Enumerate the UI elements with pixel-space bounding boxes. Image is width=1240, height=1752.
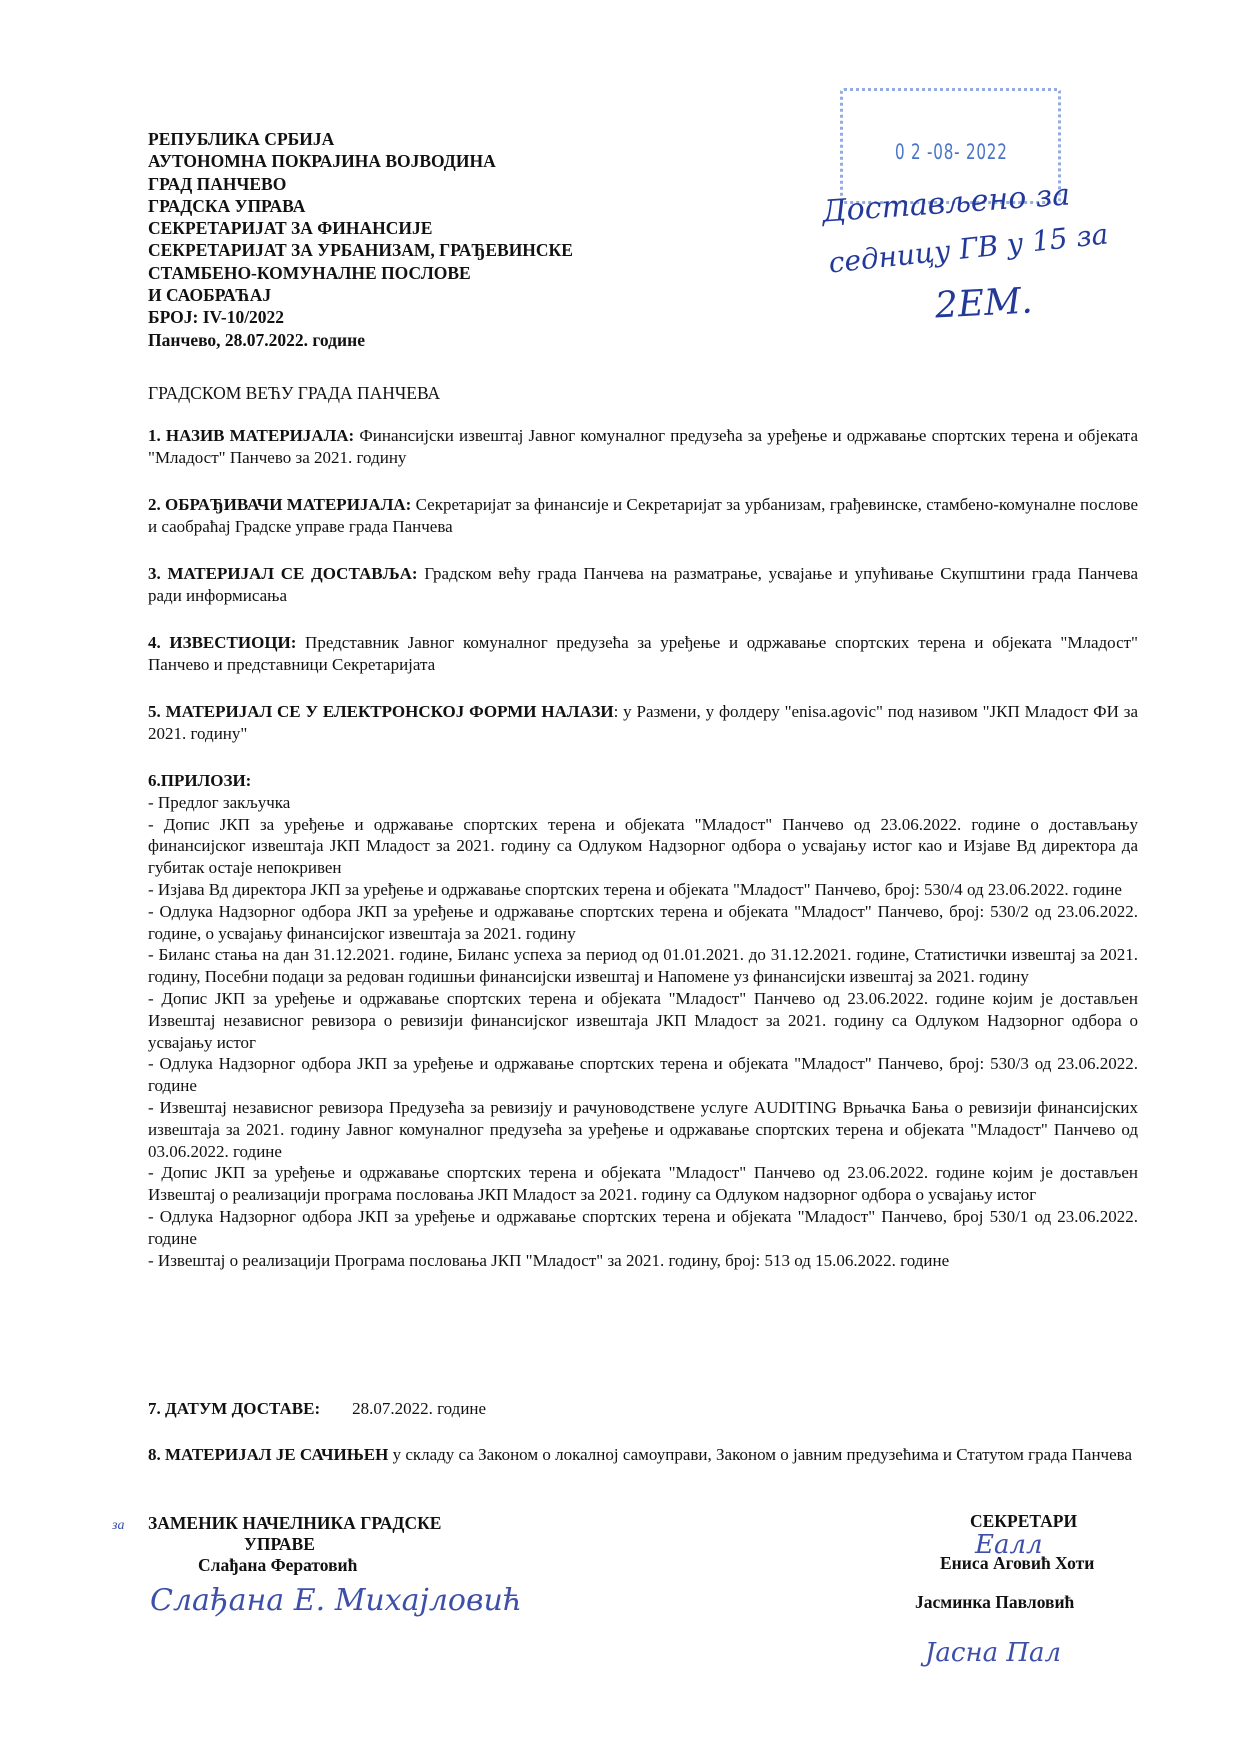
attachment-item: - Извештај о реализацији Програма послов… [148, 1250, 1138, 1272]
header-line-secretariat-urbanism: СЕКРЕТАРИЈАТ ЗА УРБАНИЗАМ, ГРАЂЕВИНСКЕ [148, 239, 573, 261]
stamp-date: 0 2 -08- 2022 [895, 140, 1008, 164]
header-line-secretariat-finance: СЕКРЕТАРИЈАТ ЗА ФИНАНСИЈЕ [148, 217, 573, 239]
handwritten-signature-pavlovic: Јасна Пал [925, 1638, 1061, 1668]
signature-block-deputy-head: за ЗАМЕНИК НАЧЕЛНИКА ГРАДСКЕ УПРАВЕ Слађ… [148, 1513, 441, 1576]
handwritten-signature-agovic: Еалл [975, 1530, 1043, 1560]
attachment-item: - Одлука Надзорног одбора ЈКП за уређење… [148, 1053, 1138, 1097]
attachment-item: - Одлука Надзорног одбора ЈКП за уређење… [148, 901, 1138, 945]
on-behalf-mark: за [112, 1515, 124, 1536]
attachment-item: - Изјава Вд директора ЈКП за уређење и о… [148, 879, 1138, 901]
signatories-title: СЕКРЕТАРИ [940, 1511, 1094, 1532]
signature-block-secretaries: СЕКРЕТАРИ Ениса Аговић Хоти Јасминка Пав… [940, 1511, 1094, 1613]
document-number: БРОЈ: IV-10/2022 [148, 306, 573, 328]
signatory-title: ЗАМЕНИК НАЧЕЛНИКА ГРАДСКЕ [148, 1513, 441, 1534]
attachment-item: - Биланс стања на дан 31.12.2021. године… [148, 944, 1138, 988]
section-label: 8. МАТЕРИЈАЛ ЈЕ САЧИЊЕН [148, 1445, 388, 1464]
delivery-date: 28.07.2022. године [352, 1399, 486, 1418]
attachment-item: - Извештај независног ревизора Предузећа… [148, 1097, 1138, 1162]
header-line-housing: СТАМБЕНО-КОМУНАЛНЕ ПОСЛОВЕ [148, 262, 573, 284]
header-line-administration: ГРАДСКА УПРАВА [148, 195, 573, 217]
header-line-province: АУТОНОМНА ПОКРАЈИНА ВОЈВОДИНА [148, 150, 573, 172]
document-place-date: Панчево, 28.07.2022. године [148, 329, 573, 351]
section-2-prepared-by: 2. ОБРАЂИВАЧИ МАТЕРИЈАЛА: Секретаријат з… [148, 494, 1138, 538]
handwritten-signature-left: Слађана Е. Михајловић [150, 1583, 522, 1618]
document-page: РЕПУБЛИКА СРБИЈА АУТОНОМНА ПОКРАЈИНА ВОЈ… [0, 0, 1240, 1752]
header-line-republic: РЕПУБЛИКА СРБИЈА [148, 128, 573, 150]
addressee: ГРАДСКОМ ВЕЋУ ГРАДА ПАНЧЕВА [148, 383, 440, 404]
section-label: 4. ИЗВЕСТИОЦИ: [148, 633, 296, 652]
attachment-item: - Предлог закључка [148, 792, 1138, 814]
section-7-delivery-date: 7. ДАТУМ ДОСТАВЕ:28.07.2022. године [148, 1398, 1138, 1420]
attachment-item: - Одлука Надзорног одбора ЈКП за уређење… [148, 1206, 1138, 1250]
document-header: РЕПУБЛИКА СРБИЈА АУТОНОМНА ПОКРАЈИНА ВОЈ… [148, 128, 573, 351]
section-1-material-name: 1. НАЗИВ МАТЕРИЈАЛА: Финансијски извешта… [148, 425, 1138, 469]
signatory-title-cont: УПРАВЕ [148, 1534, 441, 1555]
section-label: 2. ОБРАЂИВАЧИ МАТЕРИЈАЛА: [148, 495, 411, 514]
section-text: Представник Јавног комуналног предузећа … [148, 633, 1138, 674]
section-label: 5. МАТЕРИЈАЛ СЕ У ЕЛЕКТРОНСКОЈ ФОРМИ НАЛ… [148, 702, 614, 721]
section-6-attachments: 6.ПРИЛОЗИ: - Предлог закључка - Допис ЈК… [148, 770, 1138, 1271]
attachment-item: - Допис ЈКП за уређење и одржавање спорт… [148, 988, 1138, 1053]
section-4-reporters: 4. ИЗВЕСТИОЦИ: Представник Јавног комуна… [148, 632, 1138, 676]
attachment-item: - Допис ЈКП за уређење и одржавање спорт… [148, 1162, 1138, 1206]
section-label: 3. МАТЕРИЈАЛ СЕ ДОСТАВЉА: [148, 564, 418, 583]
section-label: 7. ДАТУМ ДОСТАВЕ: [148, 1399, 320, 1418]
handwritten-note-line-3: 2ЕМ. [934, 280, 1034, 326]
section-text: у складу са Законом о локалној самоуправ… [388, 1445, 1132, 1464]
handwritten-note-line-2: седницу ГВ у 15 за [827, 217, 1110, 279]
section-label: 6.ПРИЛОЗИ: [148, 771, 251, 790]
section-label: 1. НАЗИВ МАТЕРИЈАЛА: [148, 426, 354, 445]
header-line-traffic: И САОБРАЋАЈ [148, 284, 573, 306]
signatory-name-2: Јасминка Павловић [915, 1592, 1094, 1613]
attachment-item: - Допис ЈКП за уређење и одржавање спорт… [148, 814, 1138, 879]
signatory-name: Слађана Фератовић [148, 1555, 441, 1576]
section-5-electronic-location: 5. МАТЕРИЈАЛ СЕ У ЕЛЕКТРОНСКОЈ ФОРМИ НАЛ… [148, 701, 1138, 745]
section-3-delivered-to: 3. МАТЕРИЈАЛ СЕ ДОСТАВЉА: Градском већу … [148, 563, 1138, 607]
header-line-city: ГРАД ПАНЧЕВО [148, 173, 573, 195]
section-8-legal-basis: 8. МАТЕРИЈАЛ ЈЕ САЧИЊЕН у складу са Зако… [148, 1444, 1138, 1466]
